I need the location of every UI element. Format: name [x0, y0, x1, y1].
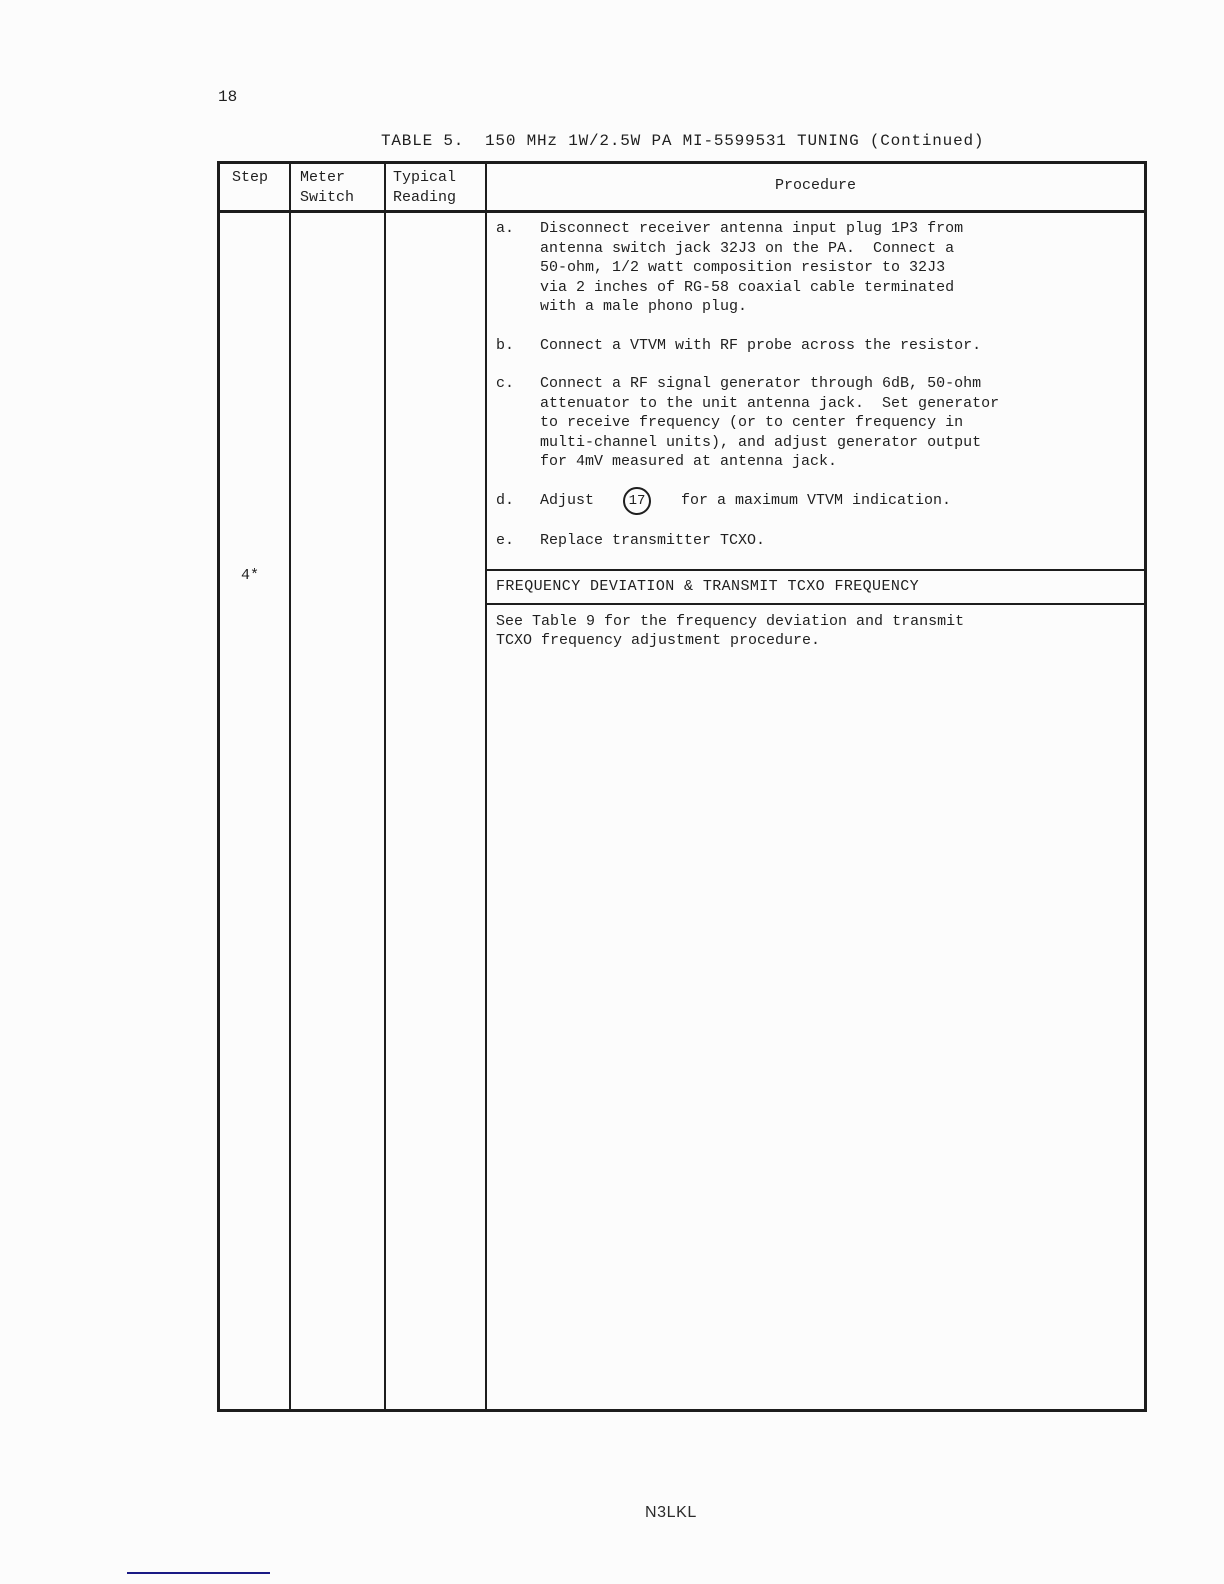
procedure-step-list: a. Disconnect receiver antenna input plu… [487, 213, 1144, 550]
procedure-step-text: Connect a VTVM with RF probe across the … [540, 336, 981, 356]
table-header-row: Step Meter Switch Typical Reading Proced… [220, 164, 1144, 213]
cell-meter-switch [291, 213, 386, 1409]
footer-blue-rule [127, 1572, 270, 1574]
procedure-step-text: Disconnect receiver antenna input plug 1… [540, 219, 963, 317]
cell-procedure: a. Disconnect receiver antenna input plu… [487, 213, 1144, 1409]
footer-callsign: N3LKL [645, 1504, 697, 1522]
column-header-procedure: Procedure [487, 164, 1144, 210]
step-number: 4* [241, 567, 259, 584]
procedure-step-label: e. [495, 531, 540, 551]
procedure-step-label: c. [495, 374, 540, 472]
circled-17-callout: 17 [623, 487, 651, 515]
section-note: See Table 9 for the frequency deviation … [487, 605, 1144, 651]
text-before-callout: Adjust [540, 492, 594, 509]
cell-typical-reading [386, 213, 487, 1409]
cell-step: 4* [220, 213, 291, 1409]
table-title: TABLE 5. 150 MHz 1W/2.5W PA MI-5599531 T… [381, 132, 984, 150]
column-header-meter-switch: Meter Switch [291, 164, 386, 210]
procedure-step-e: e. Replace transmitter TCXO. [495, 531, 1136, 551]
column-header-typical-reading: Typical Reading [386, 164, 487, 210]
procedure-step-d: d. Adjust 17 for a maximum VTVM indicati… [495, 487, 1136, 515]
procedure-step-text: Adjust 17 for a maximum VTVM indication. [540, 487, 951, 515]
table-body-row: 4* a. Disconnect receiver antenna input … [220, 213, 1144, 1409]
procedure-step-c: c. Connect a RF signal generator through… [495, 374, 1136, 472]
procedure-step-text: Connect a RF signal generator through 6d… [540, 374, 999, 472]
procedure-step-a: a. Disconnect receiver antenna input plu… [495, 219, 1136, 317]
scanned-manual-page: 18 TABLE 5. 150 MHz 1W/2.5W PA MI-559953… [0, 0, 1224, 1584]
column-header-step: Step [220, 164, 291, 210]
procedure-step-label: d. [495, 491, 540, 511]
procedure-step-text: Replace transmitter TCXO. [540, 531, 765, 551]
section-header-frequency-deviation: FREQUENCY DEVIATION & TRANSMIT TCXO FREQ… [487, 569, 1144, 605]
page-number: 18 [218, 88, 237, 106]
procedure-step-b: b. Connect a VTVM with RF probe across t… [495, 336, 1136, 356]
procedure-step-label: a. [495, 219, 540, 317]
text-after-callout: for a maximum VTVM indication. [681, 492, 951, 509]
tuning-procedure-table: Step Meter Switch Typical Reading Proced… [217, 161, 1147, 1412]
procedure-step-label: b. [495, 336, 540, 356]
